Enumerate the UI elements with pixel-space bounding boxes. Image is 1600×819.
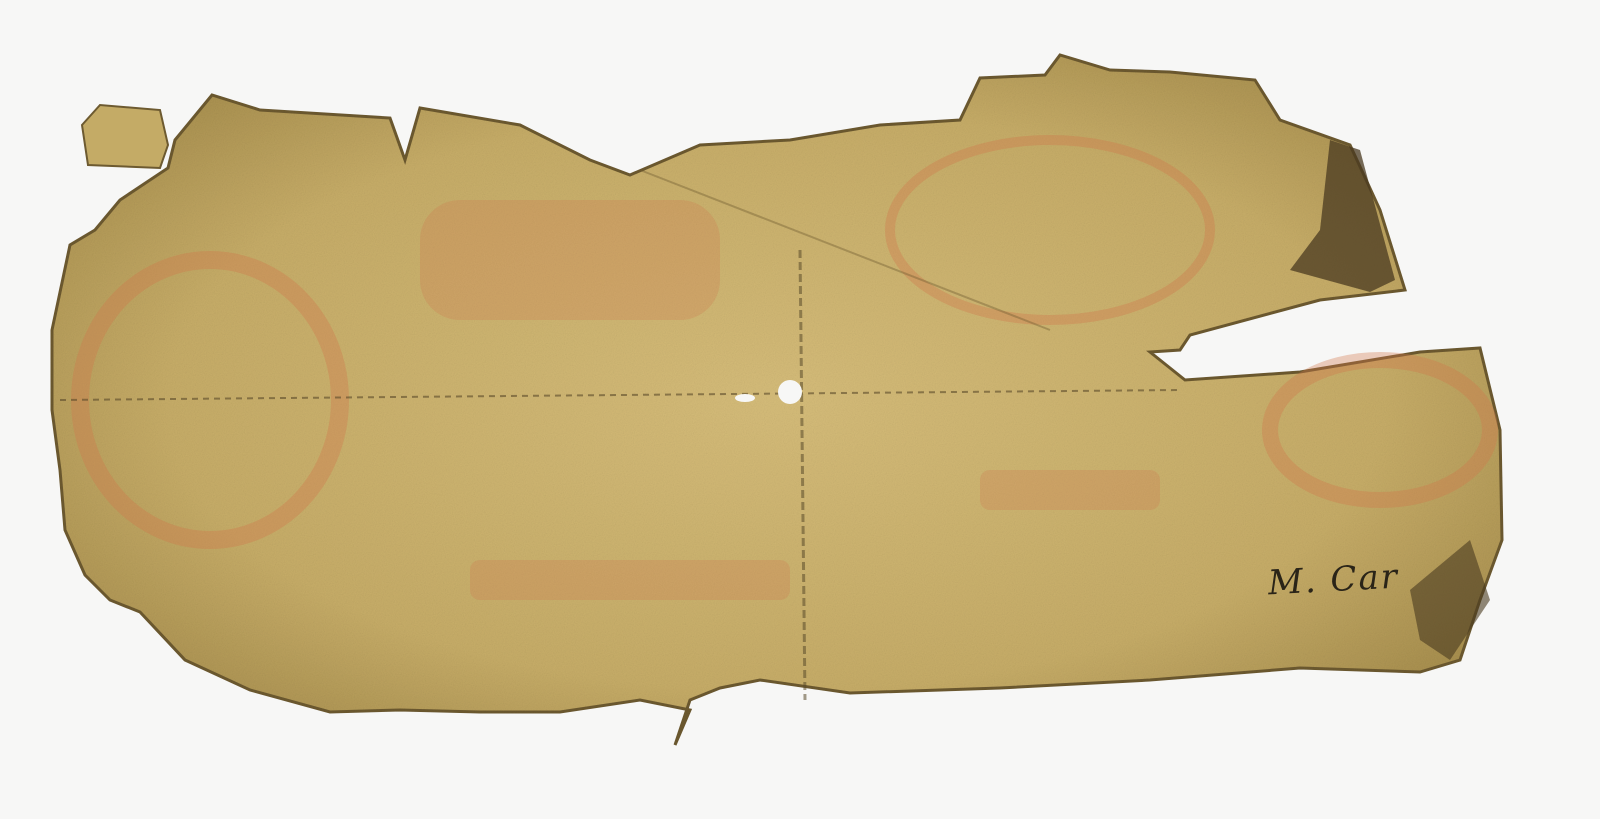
banknote-fragment: [0, 0, 1600, 819]
photo-stage: M. Car: [0, 0, 1600, 819]
paper-corner-piece: [82, 105, 168, 168]
handwritten-signature: M. Car: [1267, 557, 1400, 604]
